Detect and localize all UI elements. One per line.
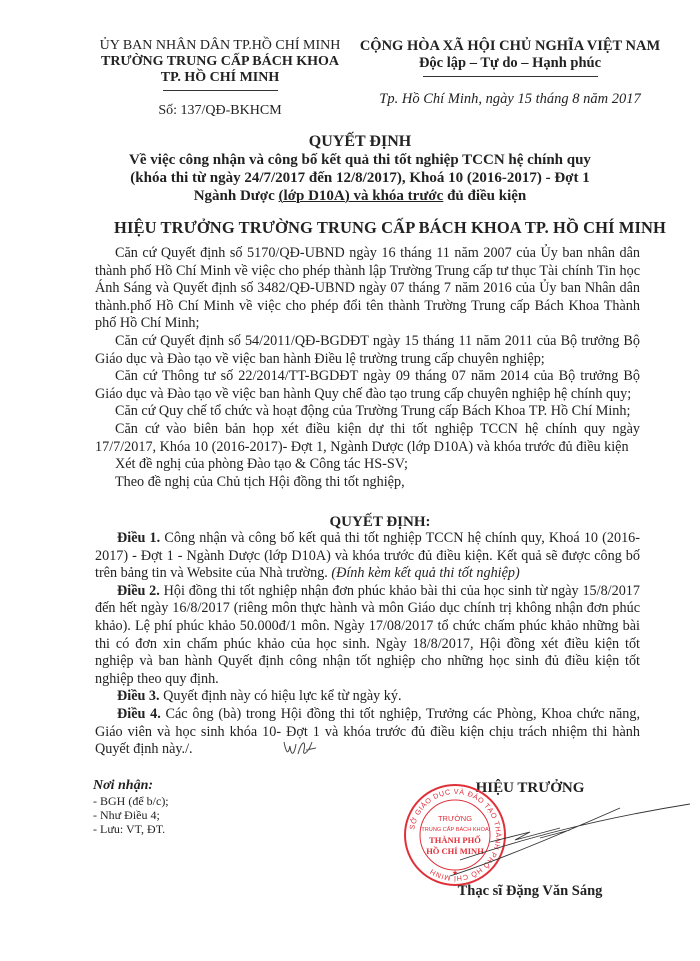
article-text: Quyết định này có hiệu lực kể từ ngày ký… — [160, 688, 402, 704]
decision-title-block: QUYẾT ĐỊNH Về việc công nhận và công bố … — [110, 133, 610, 205]
motto-divider — [423, 76, 598, 77]
preamble: Căn cứ Quyết định số 5170/QĐ-UBND ngày 1… — [95, 245, 640, 491]
article-label: Điều 3. — [117, 688, 160, 704]
preamble-item: Căn cứ Quyết định số 54/2011/QĐ-BGDĐT ng… — [95, 333, 640, 368]
signer-name: Thạc sĩ Đặng Văn Sáng — [435, 883, 625, 900]
preamble-item: Căn cứ vào biên bản họp xét điều kiện dự… — [95, 421, 640, 456]
authority-heading: HIỆU TRƯỞNG TRƯỜNG TRUNG CẤP BÁCH KHOA T… — [80, 218, 700, 238]
header-issuer: ỦY BAN NHÂN DÂN TP.HỒ CHÍ MINH TRƯỜNG TR… — [60, 38, 380, 119]
article-note: (Đính kèm kết quả thi tốt nghiệp) — [331, 565, 519, 581]
subject-line-2: (khóa thi từ ngày 24/7/2017 đến 12/8/201… — [110, 169, 610, 187]
subject-line-3-post: đủ điều kiện — [443, 188, 526, 204]
recipients: Nơi nhận: - BGH (để b/c); - Như Điều 4; … — [93, 778, 343, 836]
articles: Điều 1. Công nhận và công bố kết quả thi… — [95, 530, 640, 759]
decision-title: QUYẾT ĐỊNH — [110, 133, 610, 151]
document-number: Số: 137/QĐ-BKHCM — [60, 103, 380, 119]
preamble-item: Xét đề nghị của phòng Đào tạo & Công tác… — [95, 456, 640, 474]
issuer-divider — [163, 90, 278, 91]
article-4: Điều 4. Các ông (bà) trong Hội đồng thi … — [95, 706, 640, 759]
recipient-item: - Như Điều 4; — [93, 808, 343, 822]
recipient-item: - Lưu: VT, ĐT. — [93, 822, 343, 836]
article-text: Hội đồng thi tốt nghiệp nhận đơn phúc kh… — [95, 583, 640, 687]
article-3: Điều 3. Quyết định này có hiệu lực kể từ… — [95, 688, 640, 706]
initials-mark — [282, 736, 322, 760]
subject-line-1: Về việc công nhận và công bố kết quả thi… — [110, 151, 610, 169]
subject-line-3: Ngành Dược (lớp D10A) và khóa trước đủ đ… — [110, 187, 610, 205]
preamble-item: Theo đề nghị của Chủ tịch Hội đồng thi t… — [95, 474, 640, 492]
decision-heading: QUYẾT ĐỊNH: — [80, 514, 680, 531]
article-label: Điều 1. — [117, 530, 160, 546]
issuer-school-line1: TRƯỜNG TRUNG CẤP BÁCH KHOA — [60, 54, 380, 70]
subject-line-3-pre: Ngành Dược — [194, 188, 279, 204]
article-2: Điều 2. Hội đồng thi tốt nghiệp nhận đơn… — [95, 583, 640, 689]
article-label: Điều 2. — [117, 583, 160, 599]
preamble-item: Căn cứ Quyết định số 5170/QĐ-UBND ngày 1… — [95, 245, 640, 333]
place-date: Tp. Hồ Chí Minh, ngày 15 tháng 8 năm 201… — [340, 91, 680, 108]
issuer-authority: ỦY BAN NHÂN DÂN TP.HỒ CHÍ MINH — [60, 38, 380, 54]
article-1: Điều 1. Công nhận và công bố kết quả thi… — [95, 530, 640, 583]
national-motto: Độc lập – Tự do – Hạnh phúc — [340, 55, 680, 72]
preamble-item: Căn cứ Quy chế tổ chức và hoạt động của … — [95, 403, 640, 421]
recipient-item: - BGH (để b/c); — [93, 794, 343, 808]
recipients-heading: Nơi nhận: — [93, 778, 343, 794]
article-text: Các ông (bà) trong Hội đồng thi tốt nghi… — [95, 706, 640, 757]
issuer-school-line2: TP. HỒ CHÍ MINH — [60, 70, 380, 86]
article-label: Điều 4. — [117, 706, 161, 722]
subject-line-3-underlined: (lớp D10A) và khóa trước — [279, 188, 444, 204]
header-national: CỘNG HÒA XÃ HỘI CHỦ NGHĨA VIỆT NAM Độc l… — [340, 38, 680, 108]
preamble-item: Căn cứ Thông tư số 22/2014/TT-BGDĐT ngày… — [95, 368, 640, 403]
handwritten-signature — [420, 800, 690, 880]
national-title: CỘNG HÒA XÃ HỘI CHỦ NGHĨA VIỆT NAM — [340, 38, 680, 55]
